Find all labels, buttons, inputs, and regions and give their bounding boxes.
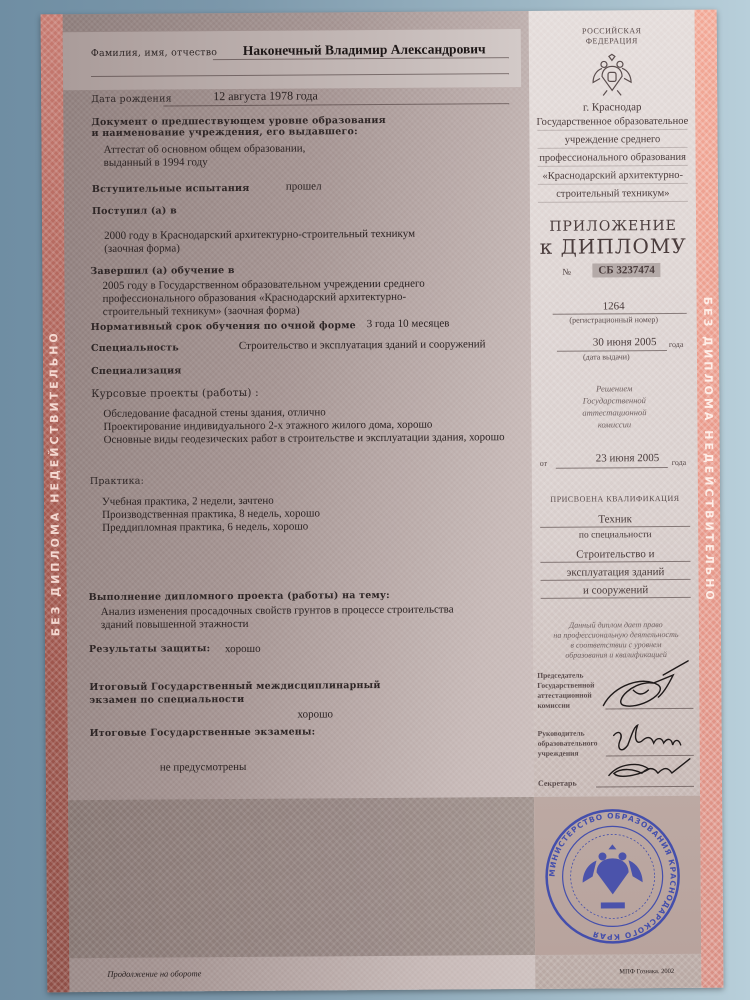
interdisciplinary-exam-label: Итоговый Государственный междисциплинарн… [89,680,380,693]
registration-number: 1264 [531,300,697,313]
footer-note: Продолжение на обороте [107,968,201,979]
birth-date-value: 12 августа 1978 года [213,88,318,104]
side-specialty-line: и сооружений [533,584,699,597]
defense-results-value: хорошо [225,643,261,655]
signatures-icon [593,660,704,796]
side-panel: РОССИЙСКАЯ ФЕДЕРАЦИЯ г. Краснодар Госуда… [529,10,702,989]
security-band-text: БЕЗ ДИПЛОМА НЕДЕЙСТВИТЕЛЬНО [47,331,62,637]
chair-label: Председатель [537,671,583,680]
specialty-value: Строительство и эксплуатация зданий и со… [239,338,486,352]
institution-line: профессионального образования [530,152,696,164]
chair-label: Государственной [537,681,594,690]
entrance-exams-label: Вступительные испытания [92,183,250,195]
specialty-caption: по специальности [532,530,698,541]
practice-item: Производственная практика, 8 недель, хор… [102,507,320,521]
normative-term-value: 3 года 10 месяцев [367,318,450,331]
state-exams-value: не предусмотрены [160,761,247,774]
diploma-number: СБ 3237474 [592,263,661,277]
specialty-label: Специальность [91,342,179,354]
diploma-project-label: Выполнение дипломного проекта (работы) н… [89,590,390,603]
head-label: образовательного [538,739,598,748]
city: г. Краснодар [529,101,695,114]
birth-date-label: Дата рождения [91,93,172,105]
diploma-supplement-sheet: БЕЗ ДИПЛОМА НЕДЕЙСТВИТЕЛЬНО Фамилия, имя… [41,10,724,993]
country-name: РОССИЙСКАЯ [529,26,695,36]
full-name-value: Наконечный Владимир Александрович [243,41,486,59]
title-to-diploma: к ДИПЛОМУ [530,234,696,259]
prior-education-value-2: выданный в 1994 году [104,156,208,169]
number-prefix: № [562,267,571,277]
issue-date: 30 июня 2005 [593,336,657,348]
prior-education-label-2: и наименование учреждения, его выдавшего… [91,126,357,139]
course-project-item: Проектирование индивидуального 2-х этажн… [103,419,432,433]
completed-value: 2005 году в Государственном образователь… [102,278,424,292]
side-specialty-line: Строительство и [532,548,698,561]
main-content-panel: Фамилия, имя, отчество Наконечный Владим… [63,11,536,992]
country-name-2: ФЕДЕРАЦИЯ [529,36,695,46]
side-specialty-line: эксплуатация зданий [532,566,698,579]
interdisciplinary-exam-value: хорошо [297,708,333,720]
security-band-text: БЕЗ ДИПЛОМА НЕДЕЙСТВИТЕЛЬНО [701,297,716,603]
entrance-exams-value: прошел [286,180,322,192]
prior-education-value: Аттестат об основном общем образовании, [104,143,306,156]
printer-mark: МПФ Гознака. 2002 [619,968,674,975]
chair-label: аттестационной [537,691,591,700]
head-label: Руководитель [538,729,585,738]
official-seal-icon: МИНИСТЕРСТВО ОБРАЗОВАНИЯ КРАСНОДАРСКОГО … [542,806,683,947]
course-projects-label: Курсовые проекты (работы) : [91,387,259,400]
chair-label: комиссии [537,701,570,710]
defense-results-label: Результаты защиты: [89,643,210,655]
practice-label: Практика: [90,476,144,487]
commission-text: комиссии [531,418,697,431]
enrolled-value: 2000 году в Краснодарский архитектурно-с… [104,228,415,242]
full-name-label: Фамилия, имя, отчество [91,47,217,59]
institution-line: строительный техникум» [530,188,696,200]
normative-term-label: Нормативный срок обучения по очной форме [91,320,356,333]
specialization-label: Специализация [91,365,182,377]
practice-item: Учебная практика, 2 недели, зачтено [102,495,274,508]
issue-date-suffix: года [669,340,684,349]
commission-date-suffix: года [672,458,687,467]
issue-date-caption: (дата выдачи) [583,352,630,361]
state-exams-label: Итоговые Государственные экзамены: [90,726,316,739]
practice-item: Преддипломная практика, 6 недель, хорошо [102,521,308,534]
qualification-label: ПРИСВОЕНА КВАЛИФИКАЦИЯ [532,494,698,504]
head-label: учреждения [538,749,579,758]
course-project-item: Обследование фасадной стены здания, отли… [103,406,325,420]
interdisciplinary-exam-label-2: экзамен по специальности [89,694,244,706]
diploma-project-value: Анализ изменения просадочных свойств гру… [101,604,454,618]
commission-date-prefix: от [540,459,547,468]
qualification-value: Техник [532,513,698,526]
completed-label: Завершил (а) обучение в [90,265,234,277]
completed-value-3: строительный техникум» (заочная форма) [103,305,300,318]
institution-line: учреждение среднего [529,134,695,146]
double-headed-eagle-icon [589,52,635,98]
diploma-project-value-2: зданий повышенной этажности [101,618,249,631]
title-supplement: ПРИЛОЖЕНИЕ [530,218,696,235]
institution-line: Государственное образовательное [529,116,695,128]
secretary-label: Секретарь [538,779,577,788]
blank-reserved-area [68,797,535,958]
commission-date: 23 июня 2005 [596,452,660,464]
enrolled-label: Поступил (а) в [92,205,177,217]
enrolled-value-2: (заочная форма) [104,242,180,255]
institution-line: «Краснодарский архитектурно- [530,170,696,182]
registration-number-caption: (регистрационный номер) [531,315,697,325]
completed-value-2: профессионального образования «Краснодар… [103,291,407,305]
